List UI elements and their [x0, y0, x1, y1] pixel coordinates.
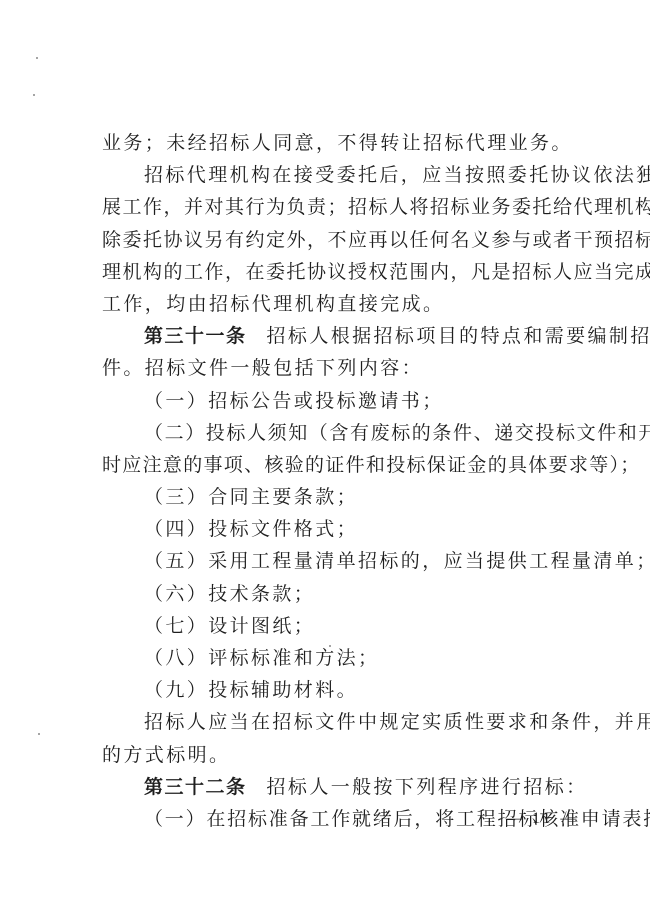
article-32-text: 招标人一般按下列程序进行招标： [267, 776, 588, 798]
list-item: （七）设计图纸； [102, 610, 564, 642]
list-item: （八）评标标准和方法； [102, 642, 564, 674]
paragraph-line: 招标代理机构在接受委托后，应当按照委托协议依法独立开 [102, 159, 564, 191]
paragraph-line: 工作，均由招标代理机构直接完成。 [102, 288, 564, 320]
list-item: （五）采用工程量清单招标的，应当提供工程量清单； [102, 545, 564, 577]
paragraph-line: 展工作，并对其行为负责；招标人将招标业务委托给代理机构后， [102, 191, 564, 223]
list-item: （一）招标公告或投标邀请书； [102, 385, 564, 417]
body-text: 业务；未经招标人同意，不得转让招标代理业务。 招标代理机构在接受委托后，应当按照… [102, 127, 564, 835]
article-31-text: 招标人根据招标项目的特点和需要编制招标文 [267, 325, 650, 347]
list-item-continuation: 时应注意的事项、核验的证件和投标保证金的具体要求等）； [102, 449, 564, 481]
document-page: 业务；未经招标人同意，不得转让招标代理业务。 招标代理机构在接受委托后，应当按照… [0, 0, 650, 918]
list-item: （九）投标辅助材料。 [102, 674, 564, 706]
list-item: （二）投标人须知（含有废标的条件、递交投标文件和开标 [102, 417, 564, 449]
article-31-first-line: 第三十一条招标人根据招标项目的特点和需要编制招标文 [102, 320, 564, 352]
page-number: — 11 — [506, 810, 579, 828]
article-31-heading: 第三十一条 [144, 325, 247, 347]
scan-speck [36, 57, 38, 59]
list-item: （一）在招标准备工作就绪后，将工程招标核准申请表报项 [102, 803, 564, 835]
list-item: （六）技术条款； [102, 578, 564, 610]
paragraph-line: 招标人应当在招标文件中规定实质性要求和条件，并用醒目 [102, 706, 564, 738]
article-32-first-line: 第三十二条招标人一般按下列程序进行招标： [102, 771, 564, 803]
paragraph-line: 理机构的工作，在委托协议授权范围内，凡是招标人应当完成的 [102, 256, 564, 288]
paragraph-line: 业务；未经招标人同意，不得转让招标代理业务。 [102, 127, 564, 159]
paragraph-line: 件。招标文件一般包括下列内容： [102, 352, 564, 384]
article-32-heading: 第三十二条 [144, 776, 247, 798]
list-item: （三）合同主要条款； [102, 481, 564, 513]
paragraph-line: 除委托协议另有约定外，不应再以任何名义参与或者干预招标代 [102, 224, 564, 256]
scan-speck [33, 94, 35, 96]
paragraph-line: 的方式标明。 [102, 739, 564, 771]
list-item: （四）投标文件格式； [102, 513, 564, 545]
scan-speck [38, 733, 40, 735]
